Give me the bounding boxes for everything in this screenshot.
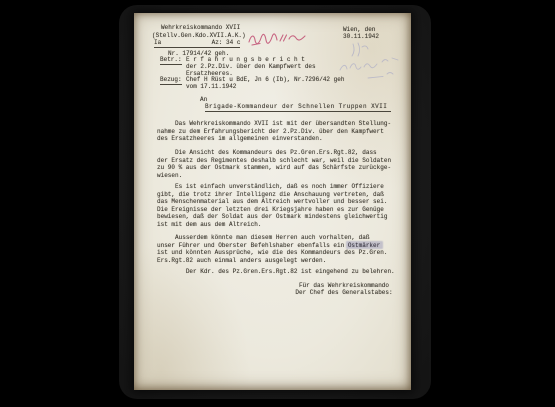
date-line: Wien, den 30.11.1942: [343, 27, 411, 41]
body-paragraph-4: Ausserdem könnte man diesem Herren auch …: [157, 234, 400, 264]
document-page: Wehrkreiskommando XVII (Stellv.Gen.Kdo.X…: [134, 13, 411, 390]
closing-block: Für das Wehrkreiskommando Der Chef des G…: [279, 282, 409, 296]
document-photo-background: Wehrkreiskommando XVII (Stellv.Gen.Kdo.X…: [119, 5, 431, 399]
body-paragraph-2: Die Ansicht des Kommandeurs des Pz.Gren.…: [157, 149, 400, 179]
subject-label: Betr.:: [160, 57, 182, 65]
blue-pencil-highlight-mark: [346, 241, 383, 249]
screenshot-canvas: Wehrkreiskommando XVII (Stellv.Gen.Kdo.X…: [0, 0, 555, 407]
sender-unit: Wehrkreiskommando XVII: [161, 25, 240, 32]
file-reference: Ia Az: 34 c: [154, 40, 240, 48]
addressee-line: Brigade-Kommandeur der Schnellen Truppen…: [205, 104, 391, 112]
reference-label: Bezug:: [160, 77, 182, 85]
reference-text: Chef H Rüst u BdE, Jn 6 (Ib), Nr.7296/42…: [186, 77, 386, 91]
body-paragraph-3: Es ist einfach unverständlich, daß es no…: [157, 183, 400, 228]
subject-text: E r f a h r u n g s b e r i c h t der 2.…: [186, 57, 346, 77]
red-pencil-annotation-icon: [247, 31, 309, 48]
body-paragraph-1: Das Wehrkreiskommando XVII ist mit der ü…: [157, 120, 400, 143]
body-paragraph-5: Der Kdr. des Pz.Gren.Ers.Rgt.82 ist eing…: [157, 268, 400, 276]
